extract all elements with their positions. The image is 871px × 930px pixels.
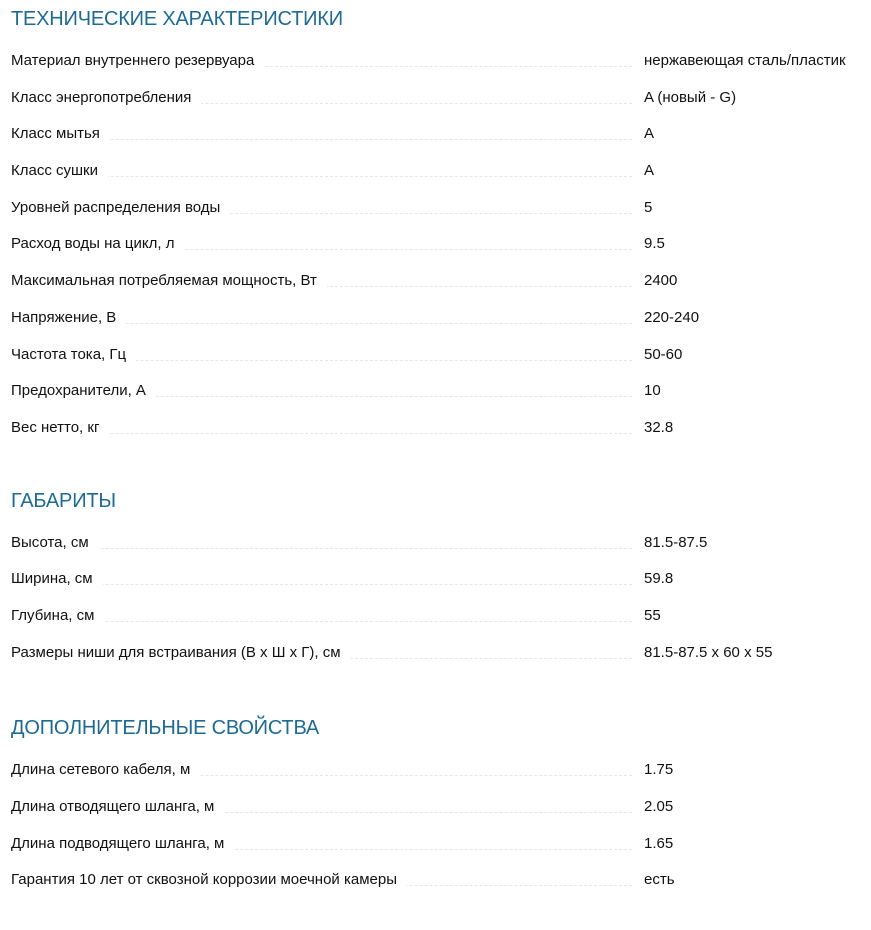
spec-value: 2400 [644,271,677,291]
spec-row: Ширина, см59.8 [11,569,871,606]
spec-label: Класс сушки [11,161,108,181]
spec-row: Максимальная потребляемая мощность, Вт24… [11,271,871,308]
spec-value: 9.5 [644,234,665,254]
specs-page: ТЕХНИЧЕСКИЕ ХАРАКТЕРИСТИКИ Материал внут… [0,0,871,907]
spec-label: Уровней распределения воды [11,198,230,218]
spec-label: Размеры ниши для встраивания (В x Ш x Г)… [11,643,351,663]
spec-value: 81.5-87.5 x 60 x 55 [644,643,772,663]
spec-row: Уровней распределения воды5 [11,198,871,235]
spec-value: 5 [644,198,652,218]
section-additional-properties: ДОПОЛНИТЕЛЬНЫЕ СВОЙСТВА Длина сетевого к… [11,716,871,907]
section-dimensions: ГАБАРИТЫ Высота, см81.5-87.5Ширина, см59… [11,489,871,680]
spec-label: Предохранители, А [11,381,156,401]
spec-row: Глубина, см55 [11,606,871,643]
spec-row: Класс энергопотребленияA (новый - G) [11,88,871,125]
spec-value: A (новый - G) [644,88,736,108]
spec-row: Частота тока, Гц50-60 [11,345,871,382]
spec-list: Высота, см81.5-87.5Ширина, см59.8Глубина… [11,533,871,680]
spec-label: Глубина, см [11,606,104,626]
spec-value: 2.05 [644,797,673,817]
spec-label: Высота, см [11,533,99,553]
spec-label: Вес нетто, кг [11,418,109,438]
spec-label: Частота тока, Гц [11,345,136,365]
section-title: ТЕХНИЧЕСКИЕ ХАРАКТЕРИСТИКИ [11,0,871,31]
spec-label: Ширина, см [11,569,103,589]
spec-label: Длина сетевого кабеля, м [11,760,200,780]
spec-value: 220-240 [644,308,699,328]
spec-row: Высота, см81.5-87.5 [11,533,871,570]
spec-label: Длина отводящего шланга, м [11,797,224,817]
spec-value: 81.5-87.5 [644,533,707,553]
spec-value: 59.8 [644,569,673,589]
dotted-leader [11,548,632,549]
spec-row: Класс сушкиA [11,161,871,198]
spec-row: Гарантия 10 лет от сквозной коррозии мое… [11,870,871,907]
spec-label: Максимальная потребляемая мощность, Вт [11,271,327,291]
spec-value: 10 [644,381,661,401]
spec-row: Материал внутреннего резервуаранержавеющ… [11,51,871,88]
spec-label: Класс энергопотребления [11,88,201,108]
spec-value: A [644,161,654,181]
spec-label: Длина подводящего шланга, м [11,834,234,854]
spec-value: 32.8 [644,418,673,438]
spec-row: Длина сетевого кабеля, м1.75 [11,760,871,797]
spec-value: 55 [644,606,661,626]
spec-value: 1.65 [644,834,673,854]
spec-label: Класс мытья [11,124,110,144]
spec-row: Длина подводящего шланга, м1.65 [11,834,871,871]
spec-row: Длина отводящего шланга, м2.05 [11,797,871,834]
spec-label: Напряжение, В [11,308,126,328]
spec-row: Предохранители, А10 [11,381,871,418]
spec-row: Вес нетто, кг32.8 [11,418,871,455]
dotted-leader [11,584,632,585]
spec-label: Расход воды на цикл, л [11,234,184,254]
spec-value: есть [644,870,675,890]
section-title: ДОПОЛНИТЕЛЬНЫЕ СВОЙСТВА [11,716,871,740]
spec-row: Класс мытьяA [11,124,871,161]
section-technical-specs: ТЕХНИЧЕСКИЕ ХАРАКТЕРИСТИКИ Материал внут… [11,0,871,455]
spec-value: 1.75 [644,760,673,780]
spec-list: Материал внутреннего резервуаранержавеющ… [11,51,871,455]
spec-list: Длина сетевого кабеля, м1.75Длина отводя… [11,760,871,907]
spec-value: нержавеющая сталь/пластик [644,51,846,71]
spec-label: Гарантия 10 лет от сквозной коррозии мое… [11,870,407,890]
spec-row: Расход воды на цикл, л9.5 [11,234,871,271]
section-title: ГАБАРИТЫ [11,489,871,513]
spec-value: A [644,124,654,144]
spec-label: Материал внутреннего резервуара [11,51,264,71]
spec-row: Размеры ниши для встраивания (В x Ш x Г)… [11,643,871,680]
spec-value: 50-60 [644,345,682,365]
spec-row: Напряжение, В220-240 [11,308,871,345]
